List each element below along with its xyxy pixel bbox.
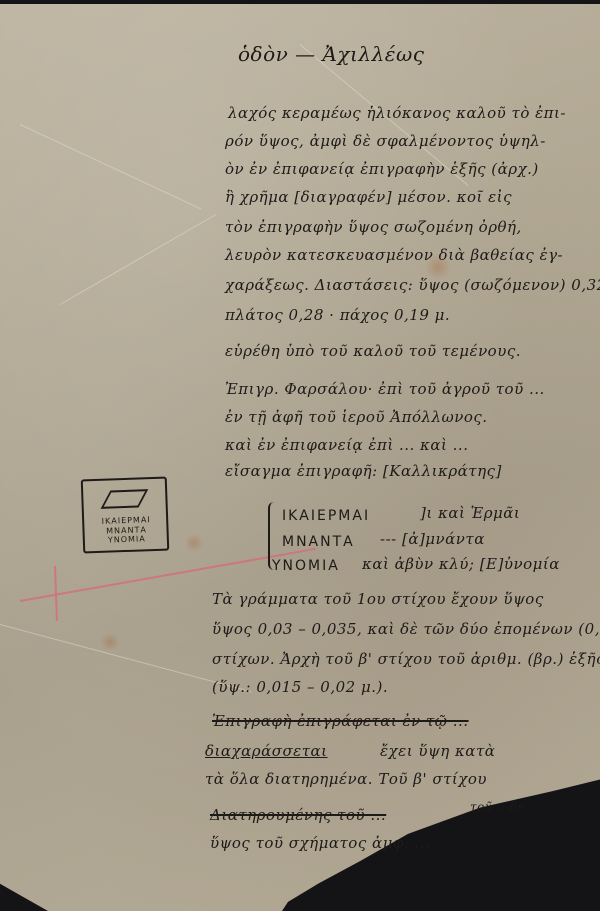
- text-line: ὕψος τοῦ σχήματος ἀμφ. ...: [210, 834, 430, 852]
- inscription-restoration: --- [ἀ]μνάντα: [380, 530, 485, 548]
- manuscript-title: ὁδὸν — Ἀχιλλέως: [238, 42, 425, 66]
- text-line: ὕψος 0,03 – 0,035, καὶ δὲ τῶν δύο ἑπομέν…: [212, 620, 600, 638]
- text-line: εἴσαγμα ἐπιγραφῆ: [Καλλικράτης]: [225, 462, 502, 480]
- paper-crease: [20, 124, 202, 209]
- text-line: στίχων. Ἀρχὴ τοῦ β' στίχου τοῦ ἀριθμ. (β…: [212, 650, 600, 668]
- text-line: καὶ ἐν ἐπιφανείᾳ ἐπὶ ... καὶ ...: [225, 436, 468, 454]
- text-line: λαχός κεραμέως ἡλιόκανος καλοῦ τὸ ἐπι-: [228, 104, 566, 122]
- text-line: ὸν ἐν ἐπιφανείᾳ ἐπιγραφὴν ἑξῆς (ἀρχ.): [225, 160, 539, 178]
- text-line: τοῦ ...δε: [470, 800, 525, 814]
- dimensions-line: πλάτος 0,28 · πάχος 0,19 μ.: [225, 306, 450, 324]
- inscription-line: ΜΝΑΝΤΑ: [282, 534, 355, 550]
- struck-line: Ἐπιγραφὴ ἐπιγράφεται ἐν τῷ ...: [212, 712, 469, 730]
- sketch-label: ΥΝΟΜΙΑ: [91, 534, 163, 546]
- text-line: ἐν τῇ ἀφῆ τοῦ ἱεροῦ Ἀπόλλωνος.: [225, 408, 488, 426]
- paper-stain: [100, 634, 120, 650]
- text-line: Τὰ γράμματα τοῦ 1ου στίχου ἔχουν ὕψος: [212, 590, 544, 608]
- text-line: λευρὸν κατεσκευασμένον διὰ βαθείας ἐγ-: [225, 246, 563, 264]
- text-line: εὑρέθη ὑπὸ τοῦ καλοῦ τοῦ τεμένους.: [225, 342, 521, 360]
- inscription-line: ΙΚΑΙΕΡΜΑΙ: [282, 508, 370, 524]
- paper-stain: [185, 534, 203, 552]
- struck-line: Διατηρουμένης τοῦ ...: [210, 806, 386, 824]
- paper-crease: [60, 214, 216, 305]
- text-line: τὰ ὅλα διατηρημένα. Τοῦ β' στίχου: [205, 770, 487, 788]
- text-line: ἣ χρῆμα [διαγραφέν] μέσον. κοῖ εἰς: [225, 188, 512, 206]
- struck-line: διαχαράσσεται: [205, 742, 328, 760]
- inscription-line: ΥΝΟΜΙΑ: [272, 558, 340, 574]
- text-line: Ἐπιγρ. Φαρσάλου· ἐπὶ τοῦ ἀγροῦ τοῦ ...: [225, 380, 545, 398]
- inscription-sketch: ΙΚΑΙΕΡΜΑΙ ΜΝΑΝΤΑ ΥΝΟΜΙΑ: [81, 477, 170, 554]
- text-line: τὸν ἐπιγραφὴν ὕψος σωζομένη ὀρθή,: [225, 218, 522, 236]
- dimensions-line: χαράξεως. Διαστάσεις: ὕψος (σωζόμενον) 0…: [225, 276, 600, 294]
- inscription-restoration: ]ι καὶ Ἑρμᾶι: [420, 504, 520, 522]
- text-line: ἔχει ὕψη κατὰ: [380, 742, 495, 760]
- text-line: (ὕψ.: 0,015 – 0,02 μ.).: [212, 678, 388, 696]
- inscription-restoration: καὶ ἀβὺν κλύ; [Ε]ὐνομία: [362, 555, 560, 573]
- text-line: ρόν ὕψος, ἀμφὶ δὲ σφαλμένοντος ὑψηλ-: [225, 132, 546, 150]
- sketch-relief-icon: [101, 489, 149, 509]
